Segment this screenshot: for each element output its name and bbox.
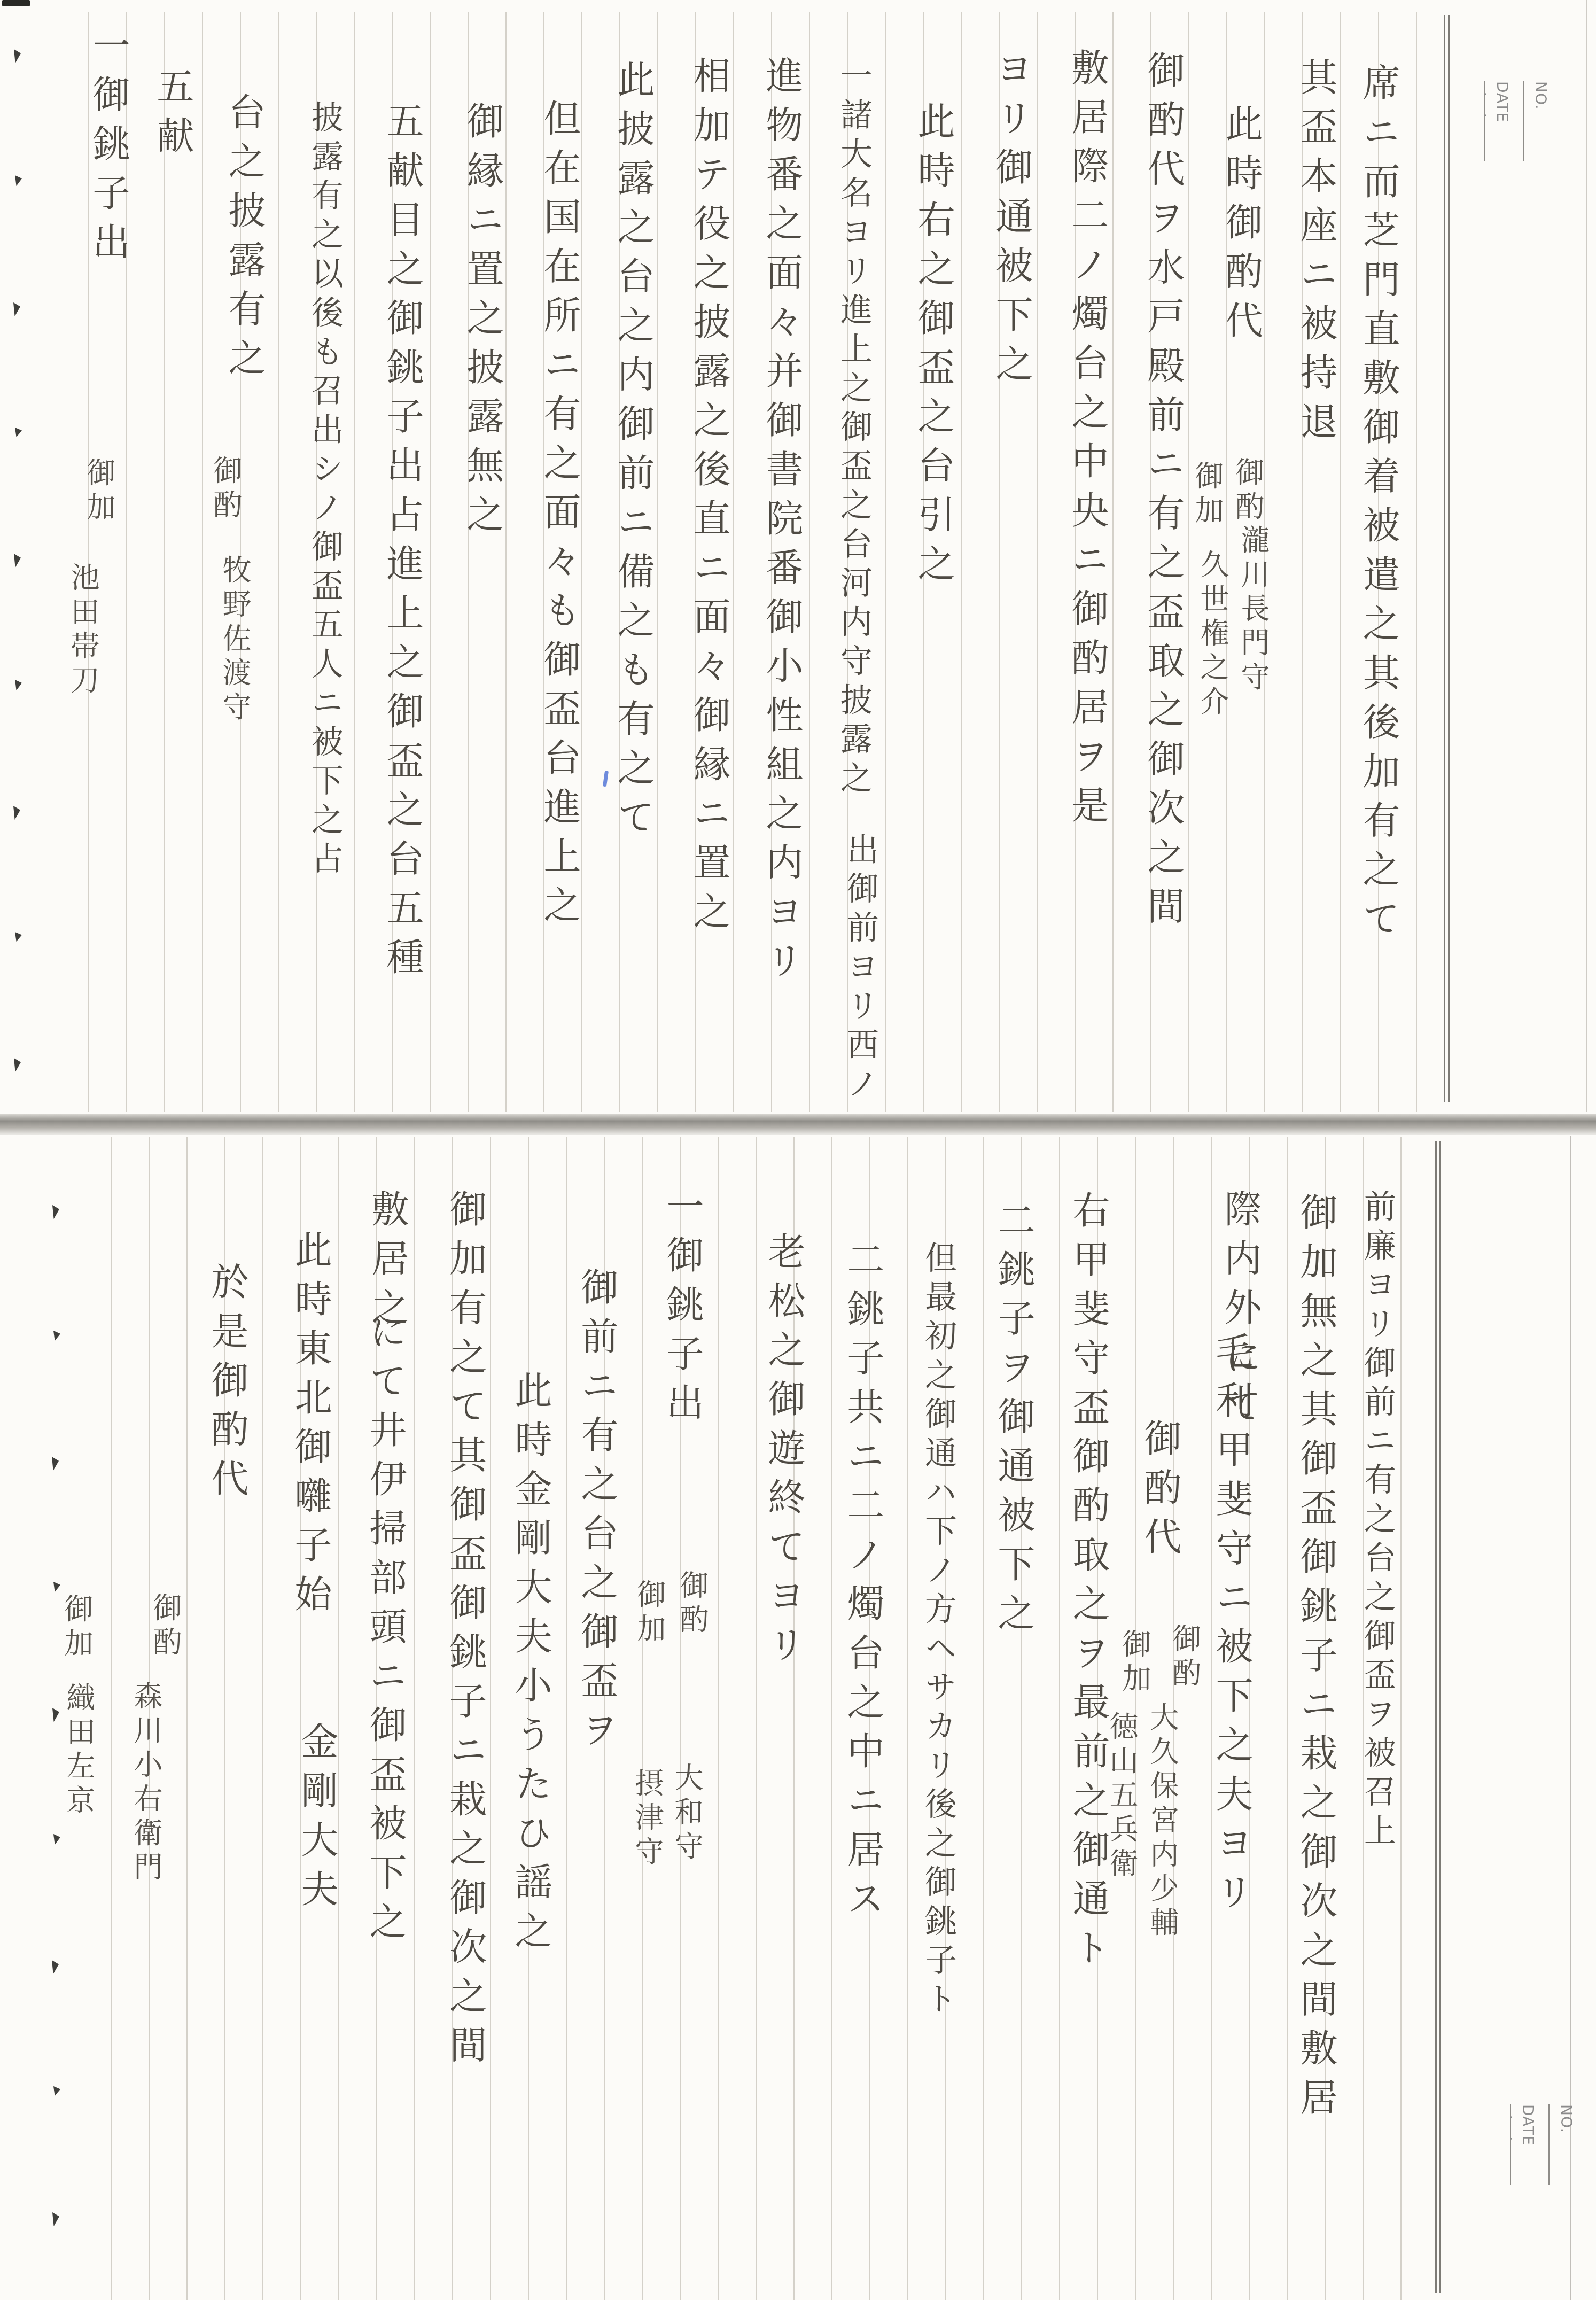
- no-label: NO.: [1532, 81, 1550, 110]
- no-fill-line: NO.: [1523, 81, 1550, 161]
- handwriting-column: 御縁ニ置之披露無之: [464, 102, 501, 544]
- person-name: 瀧川長門守: [1239, 525, 1267, 696]
- date-label: DATE: [1493, 81, 1511, 122]
- person-name: 摂津守: [633, 1768, 661, 1870]
- role-label-oshaku: 御酌: [1170, 1623, 1199, 1692]
- handwriting-column: 敷居際二ノ燭台之中央ニ御酌居ヲ是: [1069, 48, 1106, 835]
- handwriting-column-continuation: 毛利甲斐守ニ被下之夫ヨリ: [1213, 1332, 1250, 1922]
- date-label: DATE: [1519, 2104, 1537, 2146]
- handwriting-column: 此時御酌代: [1223, 104, 1260, 350]
- role-label-okuwae: 御加: [62, 1594, 91, 1662]
- no-fill-line: NO.: [1548, 2104, 1575, 2185]
- person-name: 牧野佐渡守: [220, 555, 249, 726]
- margin-line: [1448, 15, 1450, 1102]
- handwriting-column: 御加無之其御盃御銚子ニ栽之御次之間敷居: [1297, 1193, 1335, 2127]
- handwriting-column-continuation: にて井伊掃部頭ニ御盃被下之: [367, 1312, 404, 1951]
- date-dots: ・ ・: [1504, 2112, 1517, 2144]
- handwriting-column: ヨリ御通被下之: [993, 49, 1030, 393]
- role-label-oshaku: 御酌: [151, 1592, 180, 1661]
- handwriting-column: 御酌代ヲ水戸殿前ニ有之盃取之御次之間: [1145, 51, 1182, 936]
- date-fill-line: DATE ・ ・: [1484, 81, 1511, 161]
- margin-line: [1439, 1141, 1441, 2293]
- margin-line: [1435, 1141, 1437, 2293]
- handwriting-column: 御酌代: [1141, 1419, 1179, 1566]
- handwriting-column: 其盃本座ニ被持退: [1297, 58, 1335, 451]
- page-header-block: NO. DATE ・ ・: [1575, 2104, 1596, 2181]
- handwriting-column: 右甲斐守盃御酌取之ヲ最前之御通ト: [1070, 1191, 1107, 1977]
- handwriting-column: 此披露之台之内御前ニ備之も有之て: [614, 60, 652, 846]
- no-label: NO.: [1558, 2104, 1575, 2133]
- role-label-oshaku: 御酌: [678, 1570, 706, 1638]
- handwriting-column: 台之披露有之: [225, 92, 263, 387]
- role-label-okuwae: 御加: [1120, 1629, 1149, 1697]
- date-dots: ・ ・: [1478, 89, 1491, 121]
- handwriting-column-continuation: 出御前ヨリ西ノ: [844, 833, 876, 1106]
- handwriting-column: 一諸大名ヨリ進上之御盃之台河内守披露之: [838, 59, 870, 800]
- page-edge-line: [1586, 0, 1587, 1112]
- date-fill-line: DATE ・ ・: [1510, 2104, 1537, 2185]
- person-name: 織田左京: [64, 1682, 93, 1819]
- page-header-block: NO. DATE ・ ・: [1550, 81, 1596, 158]
- handwriting-column: 一御銚子出: [664, 1186, 701, 1432]
- section-heading-goken: 五献: [154, 67, 191, 165]
- handwriting-column: 席ニ而芝門直敷御着被遣之其後加有之て: [1360, 63, 1397, 948]
- scan-corner-mark: [2, 0, 30, 6]
- handwriting-column: 二銚子共ニ二ノ燭台之中ニ居ス: [844, 1240, 882, 1928]
- handwriting-column: 於是御酌代: [208, 1262, 246, 1508]
- handwriting-column: 披露有之以後も召出シノ御盃五人ニ被下之占: [309, 100, 341, 881]
- person-name: 徳山五兵衛: [1107, 1711, 1136, 1882]
- margin-line: [1444, 15, 1445, 1102]
- handwriting-column: 但在国在所ニ有之面々も御盃台進上之: [541, 99, 578, 935]
- person-name: 金剛大夫: [298, 1722, 336, 1918]
- role-label-oshaku: 御酌: [1233, 457, 1262, 525]
- handwriting-column: 此時右之御盃之台引之: [915, 102, 952, 593]
- person-name: 大和守: [672, 1762, 701, 1865]
- handwriting-column: 二銚子ヲ御通被下之: [995, 1200, 1032, 1643]
- role-label-okuwae: 御加: [635, 1579, 664, 1648]
- handwriting-column: 進物番之面々并御書院番御小性組之内ヨリ: [763, 56, 800, 990]
- handwriting-column: 此時金剛大夫小うたひ謡之: [512, 1371, 549, 1961]
- page-gap-shadow: [0, 1114, 1596, 1135]
- person-name: 大久保宮内少輔: [1148, 1702, 1177, 1941]
- handwriting-column: 御加有之て其御盃御銚子ニ栽之御次之間: [447, 1190, 484, 2074]
- handwriting-column: 老松之御遊終てヨリ: [765, 1232, 803, 1674]
- person-name: 池田帯刀: [68, 562, 97, 699]
- handwriting-column: 五献目之御銚子出占進上之御盃之台五種: [384, 102, 421, 986]
- person-name: 久世権之介: [1198, 549, 1227, 720]
- role-label-okuwae: 御加: [84, 457, 113, 526]
- handwriting-column: 一御銚子出: [90, 26, 127, 271]
- role-label-oshaku: 御酌: [211, 455, 240, 524]
- handwriting-column: 御前ニ有之台之御盃ヲ: [578, 1268, 616, 1759]
- handwriting-column: 前廉ヨリ御前ニ有之台之御盃ヲ被召上: [1361, 1190, 1393, 1853]
- handwriting-column: 此時東北御囃子始: [292, 1230, 329, 1623]
- person-name: 森川小右衛門: [131, 1681, 160, 1886]
- handwriting-column: 但最初之御通ハ下ノ方ヘサカリ後之御銚子ト: [922, 1241, 954, 2021]
- role-label-okuwae: 御加: [1193, 461, 1221, 529]
- handwriting-column: 相加テ役之披露之後直ニ面々御縁ニ置之: [690, 56, 728, 941]
